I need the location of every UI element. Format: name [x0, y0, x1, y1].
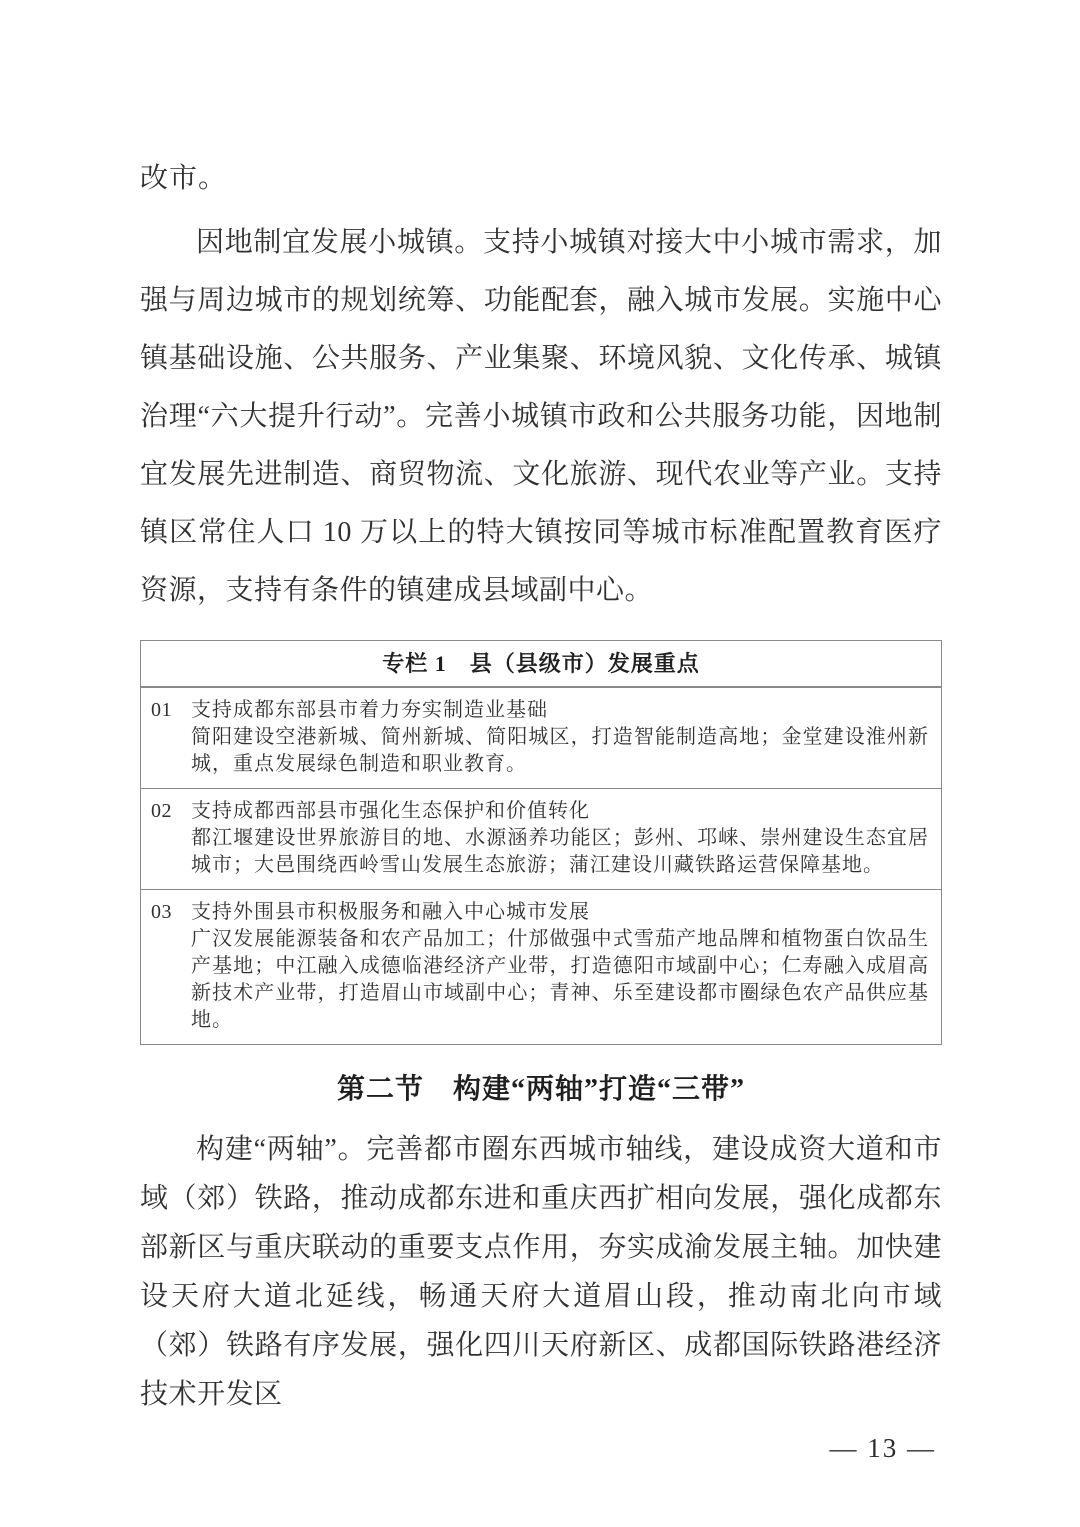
item-content: 支持成都西部县市强化生态保护和价值转化 都江堰建设世界旅游目的地、水源涵养功能区… — [191, 798, 929, 879]
paragraph-two-axes: 构建“两轴”。完善都市圈东西城市轴线，建设成资大道和市域（郊）铁路，推动成都东进… — [140, 1125, 942, 1419]
page-number-text: — 13 — — [830, 1433, 937, 1463]
item-body: 都江堰建设世界旅游目的地、水源涵养功能区；彭州、邛崃、崇州建设生态宜居城市；大邑… — [191, 825, 929, 879]
item-content: 支持外围县市积极服务和融入中心城市发展 广汉发展能源装备和农产品加工；什邡做强中… — [191, 899, 929, 1034]
document-page: 改市。 因地制宜发展小城镇。支持小城镇对接大中小城市需求，加强与周边城市的规划统… — [0, 0, 1080, 1527]
paragraph-small-towns: 因地制宜发展小城镇。支持小城镇对接大中小城市需求，加强与周边城市的规划统筹、功能… — [140, 214, 942, 620]
item-content: 支持成都东部县市着力夯实制造业基础 简阳建设空港新城、简州新城、简阳城区，打造智… — [191, 697, 929, 778]
item-body: 广汉发展能源装备和农产品加工；什邡做强中式雪茄产地品牌和植物蛋白饮品生产基地；中… — [191, 926, 929, 1034]
item-body: 简阳建设空港新城、简州新城、简阳城区，打造智能制造高地；金堂建设淮州新城，重点发… — [191, 724, 929, 778]
feature-box-item-01: 01 支持成都东部县市着力夯实制造业基础 简阳建设空港新城、简州新城、简阳城区，… — [141, 687, 941, 788]
item-heading: 支持成都西部县市强化生态保护和价值转化 — [191, 798, 929, 825]
item-heading: 支持成都东部县市着力夯实制造业基础 — [191, 697, 929, 724]
page-number: — 13 — — [140, 1431, 942, 1465]
paragraph-continuation: 改市。 — [140, 150, 942, 208]
item-heading: 支持外围县市积极服务和融入中心城市发展 — [191, 899, 929, 926]
item-number: 02 — [151, 798, 191, 879]
page-content: 改市。 因地制宜发展小城镇。支持小城镇对接大中小城市需求，加强与周边城市的规划统… — [140, 0, 942, 1465]
feature-box-title: 专栏 1 县（县级市）发展重点 — [141, 641, 941, 687]
section-heading: 第二节 构建“两轴”打造“三带” — [140, 1069, 942, 1111]
item-number: 03 — [151, 899, 191, 1034]
feature-box-county-development: 专栏 1 县（县级市）发展重点 01 支持成都东部县市着力夯实制造业基础 简阳建… — [140, 640, 942, 1045]
feature-box-item-03: 03 支持外围县市积极服务和融入中心城市发展 广汉发展能源装备和农产品加工；什邡… — [141, 889, 941, 1044]
item-number: 01 — [151, 697, 191, 778]
feature-box-item-02: 02 支持成都西部县市强化生态保护和价值转化 都江堰建设世界旅游目的地、水源涵养… — [141, 788, 941, 889]
